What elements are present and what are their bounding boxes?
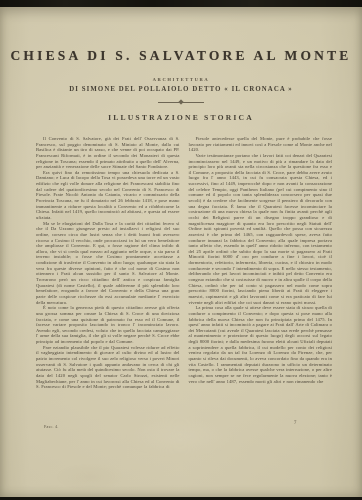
page-title: CHIESA DI S. SALVATORE AL MONTE xyxy=(0,48,362,64)
paragraph: La prima cosa alla quale si attese deve … xyxy=(189,305,333,384)
fascicle-note: Fasc. 4. xyxy=(44,424,59,429)
scanned-book-page: CHIESA DI S. SALVATORE AL MONTE ARCHITET… xyxy=(0,0,362,500)
ornament-divider xyxy=(158,99,204,106)
paragraph: Varie testimonianze portano che i lavori… xyxy=(189,153,333,305)
paragraph: Pare eziandio plausibile che il pio Quar… xyxy=(36,345,180,390)
masthead: CHIESA DI S. SALVATORE AL MONTE ARCHITET… xyxy=(0,48,362,122)
paragraph: È noto come la generosa pietà di questo … xyxy=(36,305,180,344)
body-columns: Il Convento di S. Salvatore, già dei Fra… xyxy=(36,136,332,390)
paragraph: Il Convento di S. Salvatore, già dei Fra… xyxy=(36,136,180,170)
subtitle-architettura: ARCHITETTURA xyxy=(0,77,362,82)
signature-number: 7 xyxy=(294,421,296,426)
left-column: Il Convento di S. Salvatore, già dei Fra… xyxy=(36,136,180,390)
right-column: Fiesole antecedesse quella del Monte, pu… xyxy=(189,136,333,390)
paragraph: Fiesole antecedesse quella del Monte, pu… xyxy=(189,136,333,153)
scan-edge-top xyxy=(0,0,362,7)
paragraph: Ma se le elargizioni del Dalla Tosa e la… xyxy=(36,221,180,306)
subtitle-author: DI SIMONE DEL POLLAIOLO DETTO « IL CRONA… xyxy=(0,86,362,93)
section-heading: ILLUSTRAZIONE STORICA xyxy=(0,113,362,122)
ornament-diamond-icon xyxy=(178,99,183,104)
paragraph: Era quivi fino da remotissimo tempo una … xyxy=(36,170,180,221)
